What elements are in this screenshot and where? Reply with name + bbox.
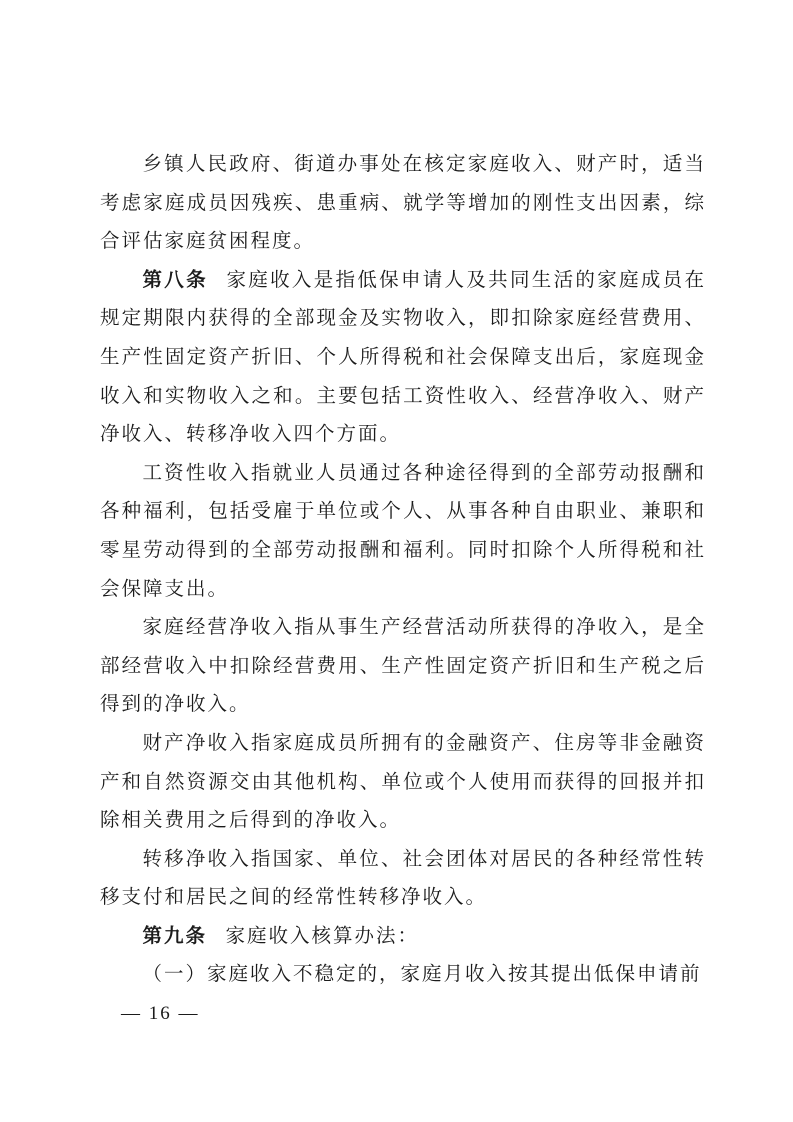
paragraph-text: 乡镇人民政府、街道办事处在核定家庭收入、财产时，适当考虑家庭成员因残疾、患重病、… [100,154,706,252]
paragraph: 财产净收入指家庭成员所拥有的金融资产、住房等非金融资产和自然资源交由其他机构、单… [100,725,706,841]
paragraph-text: （一）家庭收入不稳定的，家庭月收入按其提出低保申请前 [143,964,702,985]
document-page: 乡镇人民政府、街道办事处在核定家庭收入、财产时，适当考虑家庭成员因残疾、患重病、… [0,0,793,1122]
paragraph-text: 家庭收入核算办法： [226,926,420,947]
paragraph-text: 家庭收入是指低保申请人及共同生活的家庭成员在规定期限内获得的全部现金及实物收入，… [100,270,706,445]
paragraph: 乡镇人民政府、街道办事处在核定家庭收入、财产时，适当考虑家庭成员因残疾、患重病、… [100,146,706,262]
paragraph: 转移净收入指国家、单位、社会团体对居民的各种经常性转移支付和居民之间的经常性转移… [100,841,706,918]
paragraph: 工资性收入指就业人员通过各种途径得到的全部劳动报酬和各种福利，包括受雇于单位或个… [100,455,706,609]
section-heading: 第九条 [143,926,208,947]
paragraph: 家庭经营净收入指从事生产经营活动所获得的净收入，是全部经营收入中扣除经营费用、生… [100,609,706,725]
paragraph-text: 财产净收入指家庭成员所拥有的金融资产、住房等非金融资产和自然资源交由其他机构、单… [100,733,706,831]
paragraph: （一）家庭收入不稳定的，家庭月收入按其提出低保申请前 [100,956,706,995]
paragraph-text: 转移净收入指国家、单位、社会团体对居民的各种经常性转移支付和居民之间的经常性转移… [100,849,706,909]
document-body: 乡镇人民政府、街道办事处在核定家庭收入、财产时，适当考虑家庭成员因残疾、患重病、… [100,146,706,995]
paragraph: 第八条家庭收入是指低保申请人及共同生活的家庭成员在规定期限内获得的全部现金及实物… [100,262,706,455]
paragraph-text: 工资性收入指就业人员通过各种途径得到的全部劳动报酬和各种福利，包括受雇于单位或个… [100,463,706,600]
section-heading: 第八条 [143,270,208,291]
paragraph-text: 家庭经营净收入指从事生产经营活动所获得的净收入，是全部经营收入中扣除经营费用、生… [100,617,706,715]
paragraph: 第九条家庭收入核算办法： [100,918,706,957]
page-number-label: — 16 — [121,1003,200,1024]
page-number: — 16 — [121,1003,200,1025]
